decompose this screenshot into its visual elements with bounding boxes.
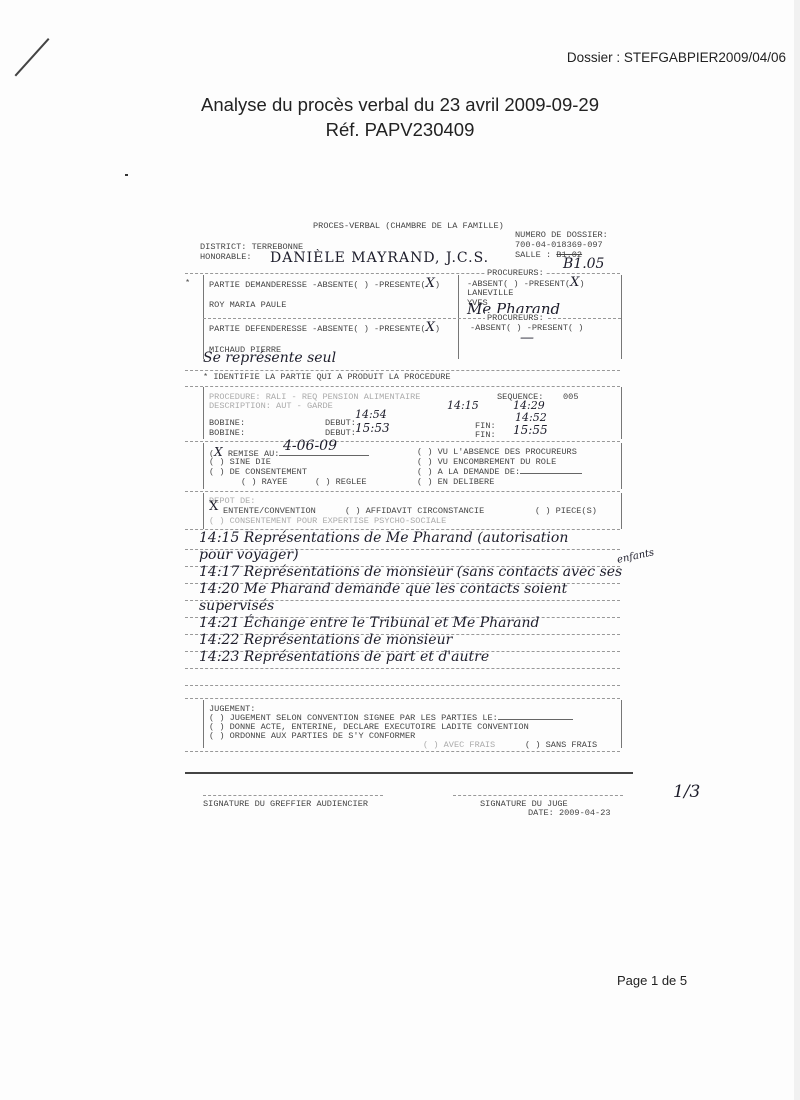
debut-label: DEBUT:: [325, 418, 356, 429]
a-la-demande: ( ) A LA DEMANDE DE:: [417, 467, 582, 478]
demanderesse-status: PARTIE DEMANDERESSE -ABSENTE( ) -PRESENT…: [209, 279, 440, 291]
demanderesse-label: PARTIE DEMANDERESSE -ABSENTE( ) -PRESENT…: [209, 280, 426, 290]
demanderesse-mark: X: [426, 276, 435, 291]
procureurs-label-2: PROCUREURS:: [485, 313, 546, 324]
note-line-2: pour voyager): [199, 550, 299, 561]
box-right-border: [621, 275, 622, 359]
affidavit: ( ) AFFIDAVIT CIRCONSTANCIE: [345, 506, 484, 517]
debut-hand-top: 14:15: [447, 401, 479, 412]
scan-edge: [794, 0, 800, 1100]
avec-frais: ( ) AVEC FRAIS: [423, 740, 495, 751]
fin-hand-2: 15:55: [513, 425, 548, 436]
fin-hand-top: 14:29: [513, 401, 545, 412]
en-delibere: ( ) EN DELIBERE: [417, 477, 494, 488]
divider: [203, 318, 621, 319]
honorable-label: HONORABLE:: [200, 252, 252, 263]
divider: [185, 751, 620, 752]
separator-line: [185, 772, 633, 774]
box-left-border: [203, 443, 204, 489]
procureur-close: ): [579, 279, 584, 289]
entente-mark: X: [209, 502, 218, 513]
divider: [185, 441, 620, 442]
fin-label-2: FIN:: [475, 430, 496, 441]
divider: [185, 491, 620, 492]
demanderesse-close: ): [435, 280, 440, 290]
title-line-2: Réf. PAPV230409: [0, 117, 800, 142]
divider: [185, 273, 620, 274]
honorable-handwritten: DANIÈLE MAYRAND, J.C.S.: [270, 253, 489, 264]
description-label: DESCRIPTION: AUT - GARDE: [209, 401, 333, 412]
box-left-border: [203, 493, 204, 529]
rayee: ( ) RAYEE: [241, 477, 287, 488]
box-right-border: [621, 700, 622, 748]
procureurs-label: PROCUREURS:: [485, 268, 546, 279]
vu-absence: ( ) VU L'ABSENCE DES PROCUREURS: [417, 447, 577, 458]
title-line-1: Analyse du procès verbal du 23 avril 200…: [0, 92, 800, 117]
defenderesse-handwritten-note: Se représente seul: [203, 353, 336, 364]
procureur-name-1: LANEVILLE: [467, 288, 513, 299]
numero-label: NUMERO DE DOSSIER:: [515, 230, 608, 241]
divider: [185, 698, 620, 699]
salle-handwritten: B1.05: [563, 259, 604, 270]
sans-frais: ( ) SANS FRAIS: [525, 740, 597, 751]
note-line: [185, 668, 620, 669]
box-right-border: [621, 387, 622, 439]
box-left-border: [203, 387, 204, 439]
form-title: PROCES-VERBAL (CHAMBRE DE LA FAMILLE): [313, 221, 504, 232]
jugement-opt3: ( ) ORDONNE AUX PARTIES DE S'Y CONFORMER: [209, 731, 415, 742]
debut-label-2: DEBUT:: [325, 428, 356, 439]
debut-hand: 14:54: [355, 410, 387, 421]
divider: [185, 386, 620, 387]
note-line-7: 14:22 Représentations de monsieur: [199, 635, 452, 646]
defenderesse-procureur-handwritten: —: [520, 333, 534, 344]
note-line-3: 14:17 Représentations de monsieur (sans …: [199, 567, 622, 578]
note-line-4: 14:20 Me Pharand demande que les contact…: [199, 584, 567, 595]
salle-label: SALLE :: [515, 250, 551, 260]
note-line-5: supervisés: [199, 601, 274, 612]
note-line-6: 14:21 Échange entre le Tribunal et Me Ph…: [199, 618, 540, 629]
entente: ENTENTE/CONVENTION: [223, 506, 316, 517]
note-insert: enfants: [616, 548, 655, 566]
reglee: ( ) REGLEE: [315, 477, 367, 488]
box-left-border: [203, 700, 204, 748]
box-right-border: [621, 443, 622, 489]
debut-hand-2: 15:53: [355, 423, 390, 434]
box-mid-border: [458, 275, 459, 359]
pen-mark: [15, 38, 50, 76]
a-la-demande-label: ( ) A LA DEMANDE DE:: [417, 467, 520, 477]
box-left-border: [203, 275, 204, 359]
remise-date: 4-06-09: [283, 441, 337, 452]
signature-greffier: SIGNATURE DU GREFFIER AUDIENCIER: [203, 799, 368, 810]
note-line: [185, 685, 620, 686]
fin-hand: 14:52: [515, 413, 547, 424]
pieces: ( ) PIECE(S): [535, 506, 597, 517]
signature-line-juge: [453, 795, 623, 796]
required-asterisk: *: [185, 278, 190, 289]
defenderesse-status: PARTIE DEFENDERESSE -ABSENTE( ) -PRESENT…: [209, 323, 440, 335]
scan-dot: [125, 174, 128, 176]
bobine-label: BOBINE:: [209, 418, 245, 429]
page-title: Analyse du procès verbal du 23 avril 200…: [0, 92, 800, 142]
bobine-label-2: BOBINE:: [209, 428, 245, 439]
demanderesse-name: ROY MARIA PAULE: [209, 300, 286, 311]
defenderesse-label: PARTIE DEFENDERESSE -ABSENTE( ) -PRESENT…: [209, 324, 426, 334]
signature-line-greffier: [203, 795, 383, 796]
note-line-8: 14:23 Représentations de part et d'autre: [199, 652, 489, 663]
box-right-border: [621, 493, 622, 529]
page-number: Page 1 de 5: [617, 973, 687, 988]
defenderesse-close: ): [435, 324, 440, 334]
consentement-expertise: ( ) CONSENTEMENT POUR EXPERTISE PSYCHO-S…: [209, 516, 446, 527]
note-line-1: 14:15 Représentations de Me Pharand (aut…: [199, 533, 568, 544]
sine-die: ( ) SINE DIE: [209, 457, 271, 468]
date-label: DATE: 2009-04-23: [528, 808, 611, 819]
page-mark: 1/3: [673, 787, 700, 798]
numero-value: 700-04-018369-097: [515, 240, 603, 251]
sequence-value: 005: [563, 392, 578, 403]
divider: [185, 370, 620, 371]
vu-encombrement: ( ) VU ENCOMBREMENT DU ROLE: [417, 457, 556, 468]
de-consentement: ( ) DE CONSENTEMENT: [209, 467, 307, 478]
defenderesse-mark: X: [426, 320, 435, 335]
dossier-reference: Dossier : STEFGABPIER2009/04/06: [567, 50, 786, 65]
identifie-note: * IDENTIFIE LA PARTIE QUI A PRODUIT LA P…: [203, 372, 451, 383]
proces-verbal-form: PROCES-VERBAL (CHAMBRE DE LA FAMILLE) NU…: [185, 215, 625, 815]
